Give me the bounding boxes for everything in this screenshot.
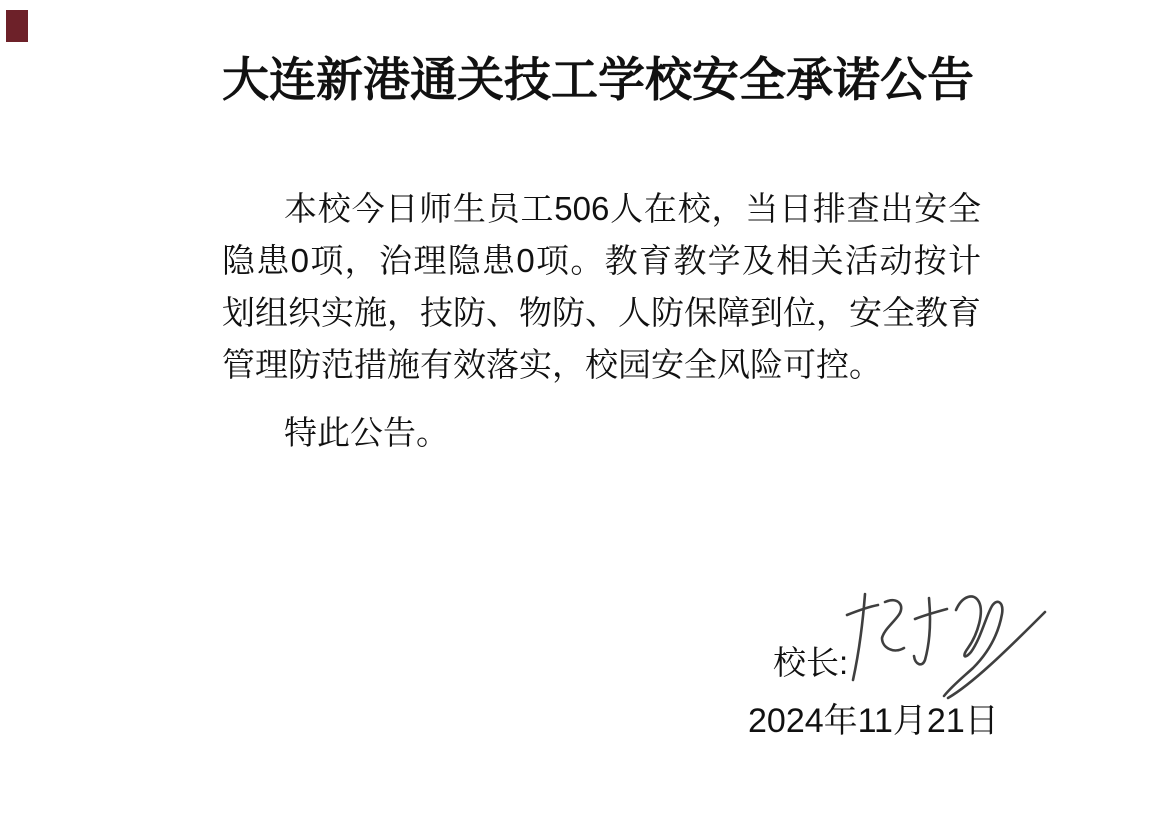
body-line-1: 本校今日师生员工506人在校，当日排查出安全 [222, 183, 981, 235]
notice-page: 大连新港通关技工学校安全承诺公告 本校今日师生员工506人在校，当日排查出安全 … [0, 0, 1170, 837]
principal-signature [840, 586, 1050, 708]
body-line-3: 划组织实施，技防、物防、人防保障到位，安全教育 [222, 287, 981, 339]
corner-badge [6, 10, 28, 42]
notice-body: 本校今日师生员工506人在校，当日排查出安全 隐患0项，治理隐患0项。教育教学及… [222, 183, 981, 459]
body-line-4: 管理防范措施有效落实，校园安全风险可控。 [222, 339, 981, 391]
principal-label: 校长: [773, 644, 848, 681]
body-line-2: 隐患0项，治理隐患0项。教育教学及相关活动按计 [222, 235, 981, 287]
signature-row: 校长: [773, 640, 848, 686]
closing-line: 特此公告。 [222, 407, 981, 459]
notice-title: 大连新港通关技工学校安全承诺公告 [222, 52, 970, 108]
date-line: 2024年11月21日 [748, 697, 999, 745]
